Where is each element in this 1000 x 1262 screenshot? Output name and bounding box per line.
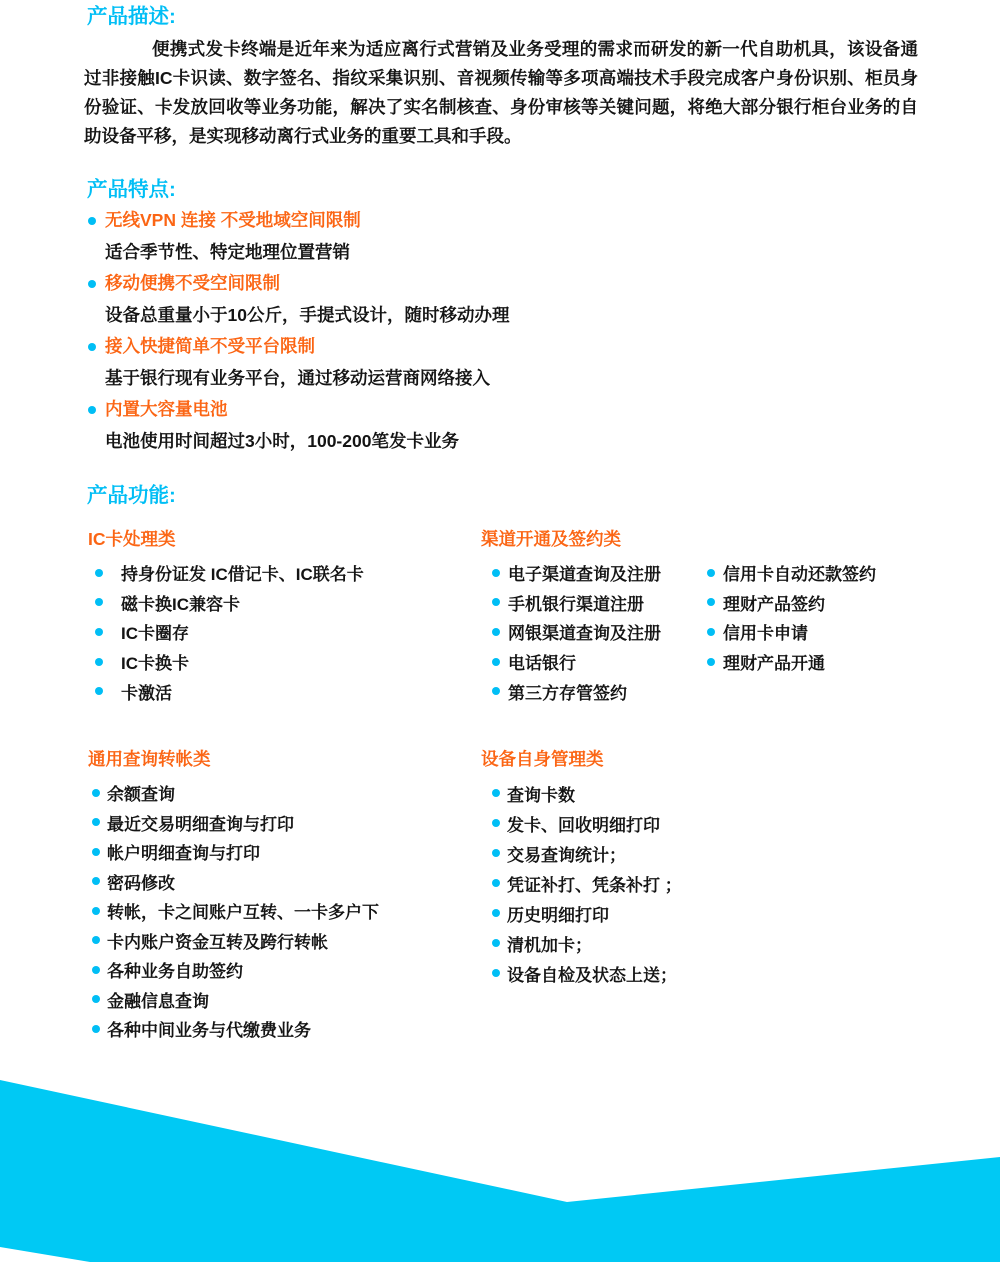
- bullet-dot-icon: [707, 658, 715, 666]
- bullet-dot-icon: [95, 628, 103, 636]
- function-item-label: 电话银行: [508, 649, 576, 674]
- bullet-dot-icon: [492, 909, 500, 917]
- function-item-label: 各种业务自助签约: [107, 957, 243, 982]
- bullet-dot-icon: [92, 848, 100, 856]
- bullet-dot-icon: [92, 877, 100, 885]
- function-item-label: 第三方存管签约: [508, 679, 627, 704]
- bullet-dot-icon: [492, 939, 500, 947]
- function-item: 理财产品开通: [707, 647, 876, 677]
- feature-title-row: 移动便携不受空间限制: [88, 268, 808, 300]
- bullet-dot-icon: [92, 789, 100, 797]
- bullet-dot-icon: [707, 569, 715, 577]
- function-group-ic-card: IC卡处理类 持身份证发 IC借记卡、IC联名卡 磁卡换IC兼容卡 IC卡圈存 …: [88, 528, 480, 706]
- bullet-dot-icon: [492, 879, 500, 887]
- feature-title: 内置大容量电池: [105, 399, 228, 419]
- function-item-label: 清机加卡；: [507, 931, 592, 956]
- bullet-dot-icon: [95, 569, 103, 577]
- function-group-title: 设备自身管理类: [481, 748, 1000, 770]
- product-sheet-page: 产品描述: 便携式发卡终端是近年来为适应离行式营销及业务受理的需求而研发的新一代…: [0, 0, 1000, 1262]
- bullet-dot-icon: [95, 658, 103, 666]
- bullet-dot-icon: [88, 280, 96, 288]
- function-item: 卡内账户资金互转及跨行转帐: [88, 926, 480, 956]
- function-item: 余额查询: [88, 778, 480, 808]
- bullet-dot-icon: [95, 687, 103, 695]
- function-group-query-transfer: 通用查询转帐类 余额查询 最近交易明细查询与打印 帐户明细查询与打印 密码修改 …: [88, 748, 480, 1044]
- function-group-title: 通用查询转帐类: [88, 748, 480, 770]
- function-list: 电子渠道查询及注册 手机银行渠道注册 网银渠道查询及注册 电话银行 第三方存管签…: [481, 558, 707, 706]
- function-item-label: 网银渠道查询及注册: [508, 619, 661, 644]
- bullet-dot-icon: [492, 628, 500, 636]
- feature-desc-row: 适合季节性、特定地理位置营销: [88, 237, 808, 269]
- function-item-label: 磁卡换IC兼容卡: [121, 590, 240, 615]
- bullet-dot-icon: [88, 343, 96, 351]
- function-item: 各种业务自助签约: [88, 955, 480, 985]
- bullet-dot-icon: [88, 217, 96, 225]
- function-list: 信用卡自动还款签约 理财产品签约 信用卡申请 理财产品开通: [707, 558, 876, 706]
- bullet-dot-icon: [92, 966, 100, 974]
- function-item-label: 转帐，卡之间账户互转、一卡多户下: [107, 898, 379, 923]
- function-item: 历史明细打印: [481, 898, 1000, 928]
- function-item-label: 金融信息查询: [107, 987, 209, 1012]
- function-item-label: 理财产品开通: [723, 649, 825, 674]
- feature-desc-row: 基于银行现有业务平台，通过移动运营商网络接入: [88, 363, 808, 395]
- bullet-dot-icon: [492, 569, 500, 577]
- function-item-label: 信用卡自动还款签约: [723, 560, 876, 585]
- function-item-label: 信用卡申请: [723, 619, 808, 644]
- function-item: 手机银行渠道注册: [481, 588, 707, 618]
- feature-title: 移动便携不受空间限制: [105, 273, 280, 293]
- feature-desc: 设备总重量小于10公斤，手提式设计，随时移动办理: [105, 305, 509, 325]
- function-item-label: 交易查询统计；: [507, 841, 626, 866]
- features-list: 无线VPN 连接 不受地域空间限制 适合季节性、特定地理位置营销 移动便携不受空…: [88, 205, 808, 457]
- bullet-dot-icon: [492, 687, 500, 695]
- feature-title-row: 接入快捷简单不受平台限制: [88, 331, 808, 363]
- function-item: 第三方存管签约: [481, 676, 707, 706]
- function-item-label: IC卡圈存: [121, 619, 189, 644]
- function-item: 最近交易明细查询与打印: [88, 808, 480, 838]
- function-item: 转帐，卡之间账户互转、一卡多户下: [88, 896, 480, 926]
- function-item: 电子渠道查询及注册: [481, 558, 707, 588]
- function-item-label: 余额查询: [107, 780, 175, 805]
- function-item: 理财产品签约: [707, 588, 876, 618]
- function-columns: 电子渠道查询及注册 手机银行渠道注册 网银渠道查询及注册 电话银行 第三方存管签…: [481, 550, 1000, 706]
- feature-desc-row: 电池使用时间超过3小时，100-200笔发卡业务: [88, 426, 808, 458]
- function-item-label: 密码修改: [107, 869, 175, 894]
- function-item: 交易查询统计；: [481, 838, 1000, 868]
- function-item-label: IC卡换卡: [121, 649, 189, 674]
- feature-title-row: 无线VPN 连接 不受地域空间限制: [88, 205, 808, 237]
- function-list: 查询卡数 发卡、回收明细打印 交易查询统计； 凭证补打、凭条补打 ； 历史明细打…: [481, 778, 1000, 988]
- function-item: 清机加卡；: [481, 928, 1000, 958]
- section-heading-features: 产品特点:: [87, 178, 176, 202]
- feature-desc-row: 设备总重量小于10公斤，手提式设计，随时移动办理: [88, 300, 808, 332]
- function-item-label: 电子渠道查询及注册: [508, 560, 661, 585]
- function-item-label: 各种中间业务与代缴费业务: [107, 1016, 311, 1041]
- feature-title: 无线VPN 连接 不受地域空间限制: [105, 210, 361, 230]
- bullet-dot-icon: [492, 969, 500, 977]
- bullet-dot-icon: [492, 598, 500, 606]
- function-item: 金融信息查询: [88, 985, 480, 1015]
- function-item: 凭证补打、凭条补打 ；: [481, 868, 1000, 898]
- function-item: 查询卡数: [481, 778, 1000, 808]
- function-item: 电话银行: [481, 647, 707, 677]
- bullet-dot-icon: [92, 818, 100, 826]
- function-item: IC卡圈存: [88, 617, 480, 647]
- feature-title: 接入快捷简单不受平台限制: [105, 336, 315, 356]
- feature-desc: 电池使用时间超过3小时，100-200笔发卡业务: [105, 431, 459, 451]
- bullet-dot-icon: [92, 1025, 100, 1033]
- function-item: 信用卡申请: [707, 617, 876, 647]
- function-item-label: 发卡、回收明细打印: [507, 811, 660, 836]
- feature-desc: 基于银行现有业务平台，通过移动运营商网络接入: [105, 368, 490, 388]
- function-item-label: 查询卡数: [507, 781, 575, 806]
- function-item: 卡激活: [88, 676, 480, 706]
- function-group-channel: 渠道开通及签约类 电子渠道查询及注册 手机银行渠道注册 网银渠道查询及注册 电话…: [481, 528, 1000, 706]
- function-item-label: 持身份证发 IC借记卡、IC联名卡: [121, 560, 364, 585]
- function-item: 帐户明细查询与打印: [88, 837, 480, 867]
- function-item: 发卡、回收明细打印: [481, 808, 1000, 838]
- section-heading-functions: 产品功能:: [87, 484, 176, 508]
- function-item: 设备自检及状态上送；: [481, 958, 1000, 988]
- bullet-dot-icon: [95, 598, 103, 606]
- bullet-dot-icon: [492, 789, 500, 797]
- function-item: 密码修改: [88, 867, 480, 897]
- footer-wave-polygon: [0, 1080, 1000, 1262]
- section-heading-description: 产品描述:: [87, 5, 176, 29]
- footer-wave-shape: [0, 1060, 1000, 1262]
- function-item-label: 最近交易明细查询与打印: [107, 810, 294, 835]
- bullet-dot-icon: [707, 628, 715, 636]
- bullet-dot-icon: [492, 819, 500, 827]
- function-item-label: 卡内账户资金互转及跨行转帐: [107, 928, 328, 953]
- bullet-dot-icon: [92, 936, 100, 944]
- function-item: 持身份证发 IC借记卡、IC联名卡: [88, 558, 480, 588]
- function-list: 持身份证发 IC借记卡、IC联名卡 磁卡换IC兼容卡 IC卡圈存 IC卡换卡 卡…: [88, 558, 480, 706]
- feature-desc: 适合季节性、特定地理位置营销: [105, 242, 350, 262]
- function-item: 磁卡换IC兼容卡: [88, 588, 480, 618]
- bullet-dot-icon: [492, 658, 500, 666]
- function-group-title: 渠道开通及签约类: [481, 528, 1000, 550]
- function-item-label: 卡激活: [121, 679, 172, 704]
- description-paragraph: 便携式发卡终端是近年来为适应离行式营销及业务受理的需求而研发的新一代自助机具，该…: [84, 35, 918, 151]
- bullet-dot-icon: [707, 598, 715, 606]
- bullet-dot-icon: [92, 907, 100, 915]
- function-item: 各种中间业务与代缴费业务: [88, 1014, 480, 1044]
- function-item-label: 手机银行渠道注册: [508, 590, 644, 615]
- function-item-label: 凭证补打、凭条补打 ；: [507, 871, 682, 896]
- function-list: 余额查询 最近交易明细查询与打印 帐户明细查询与打印 密码修改 转帐，卡之间账户…: [88, 778, 480, 1044]
- bullet-dot-icon: [88, 406, 96, 414]
- function-item-label: 设备自检及状态上送；: [507, 961, 677, 986]
- function-item-label: 帐户明细查询与打印: [107, 839, 260, 864]
- function-group-device-management: 设备自身管理类 查询卡数 发卡、回收明细打印 交易查询统计； 凭证补打、凭条补打…: [481, 748, 1000, 988]
- bullet-dot-icon: [492, 849, 500, 857]
- feature-title-row: 内置大容量电池: [88, 394, 808, 426]
- bullet-dot-icon: [92, 995, 100, 1003]
- function-item-label: 历史明细打印: [507, 901, 609, 926]
- function-item-label: 理财产品签约: [723, 590, 825, 615]
- function-group-title: IC卡处理类: [88, 528, 480, 550]
- function-item: 网银渠道查询及注册: [481, 617, 707, 647]
- function-item: 信用卡自动还款签约: [707, 558, 876, 588]
- function-item: IC卡换卡: [88, 647, 480, 677]
